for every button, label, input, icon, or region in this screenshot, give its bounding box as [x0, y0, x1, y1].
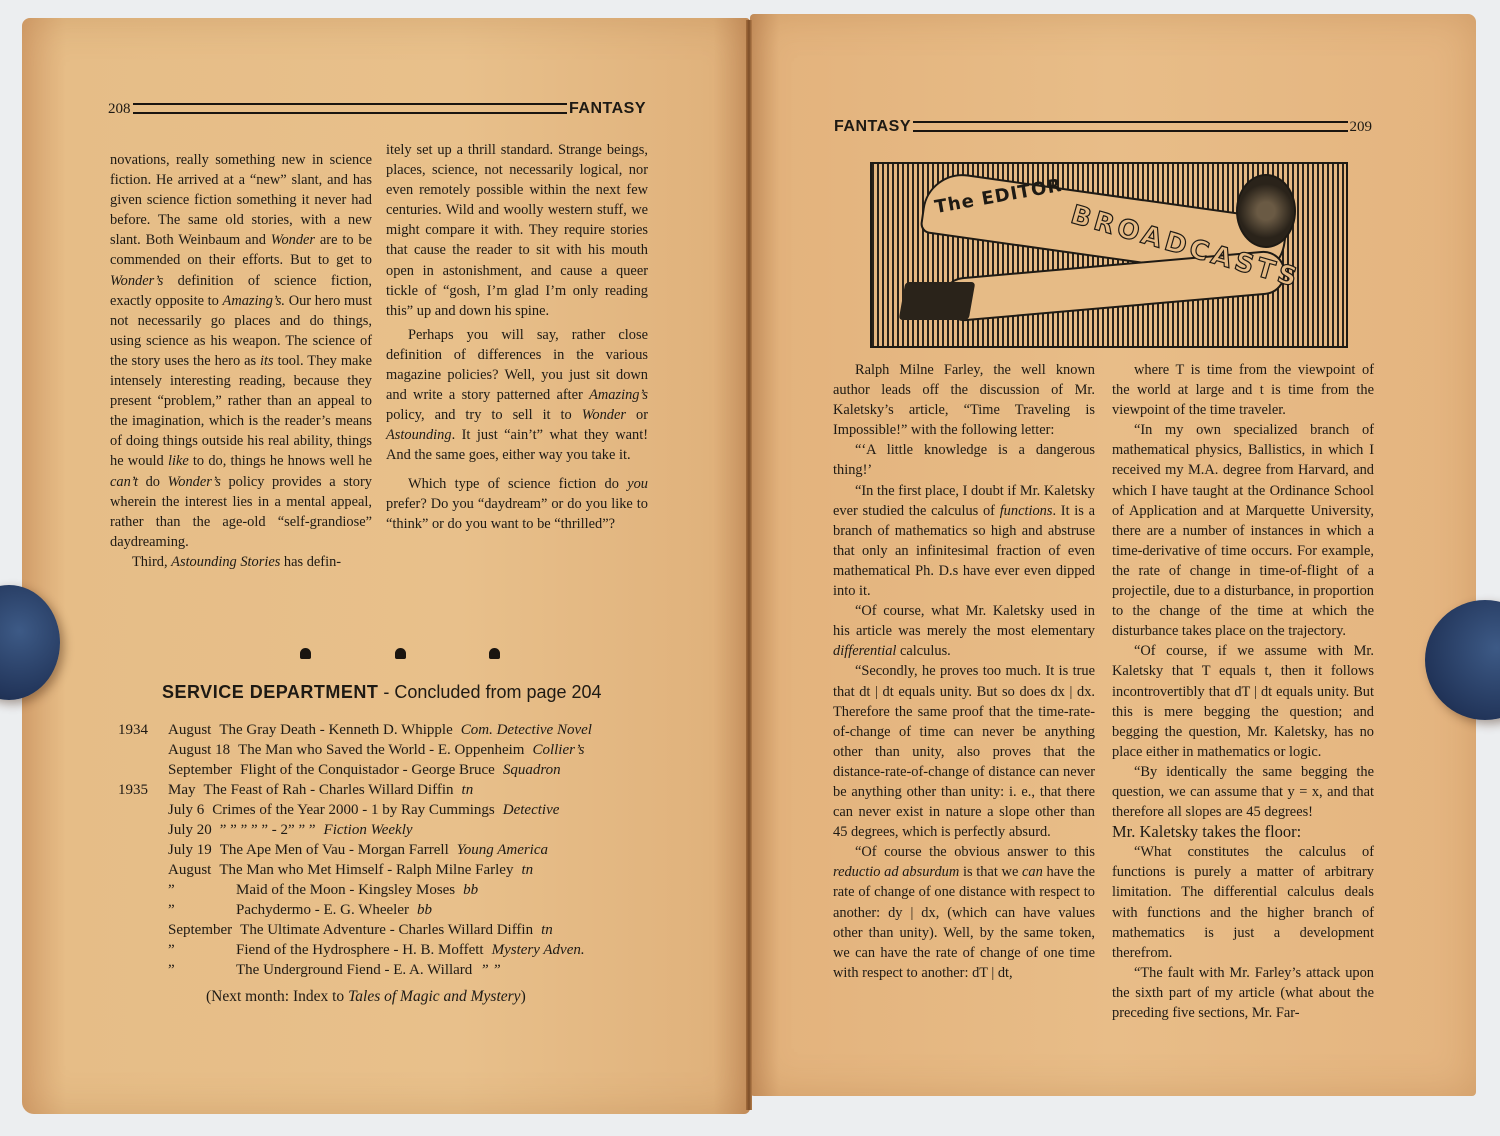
right-running-head: FANTASY 209 [834, 118, 1372, 136]
text: “Of course the obvious answer to this [855, 844, 1095, 860]
paragraph: itely set up a thrill standard. Strange … [386, 140, 648, 321]
paragraph: Third, Astounding Stories has defin- [110, 552, 372, 572]
text: is that we [959, 864, 1022, 880]
entry-year [118, 960, 168, 980]
paragraph: “Of course, what Mr. Kaletsky used in hi… [833, 601, 1095, 661]
entry-magazine: Squadron [503, 760, 561, 780]
reel-icon [1236, 174, 1296, 248]
text: has defin- [280, 554, 341, 570]
magazine-title: FANTASY [834, 118, 911, 136]
entry-magazine: Mystery Adven. [492, 940, 585, 960]
text: Amazing’s [589, 387, 648, 403]
page-number: 209 [1350, 119, 1373, 136]
entry-year [118, 900, 168, 920]
text: can’t [110, 474, 138, 490]
ornament-icon [489, 648, 500, 659]
paragraph: where T is time from the viewpoint of th… [1112, 360, 1374, 420]
service-entry: August 18The Man who Saved the World - E… [118, 740, 678, 760]
entry-title-author: Maid of the Moon - Kingsley Moses [236, 880, 455, 900]
entry-magazine: Fiction Weekly [324, 820, 413, 840]
entry-title-author: The Feast of Rah - Charles Willard Diffi… [204, 780, 454, 800]
paragraph: “Secondly, he proves too much. It is tru… [833, 661, 1095, 842]
paragraph: “Of course, if we assume with Mr. Kalets… [1112, 641, 1374, 762]
entry-date: ” [168, 880, 228, 900]
entry-year [118, 840, 168, 860]
paragraph: Which type of science fiction do you pre… [386, 474, 648, 534]
left-text-column-1: novations, really something new in scien… [110, 150, 372, 572]
entry-magazine: Young America [457, 840, 548, 860]
entry-magazine: bb [463, 880, 478, 900]
entry-date: July 20 [168, 820, 212, 840]
service-entry: SeptemberThe Ultimate Adventure - Charle… [118, 920, 678, 940]
section-heading: Mr. Kaletsky takes the floor: [1112, 822, 1374, 842]
entry-date: August [168, 860, 211, 880]
entry-magazine: ” ” [480, 960, 500, 980]
paragraph: “What constitutes the calculus of functi… [1112, 842, 1374, 963]
next-month-note: (Next month: Index to Tales of Magic and… [206, 988, 526, 1006]
entry-year [118, 880, 168, 900]
entry-title-author: The Gray Death - Kenneth D. Whipple [219, 720, 452, 740]
ornament-icon [395, 648, 406, 659]
entry-year: 1934 [118, 720, 168, 740]
left-text-column-2: itely set up a thrill standard. Strange … [386, 140, 648, 534]
text: have the rate of change of one distance … [833, 864, 1095, 980]
entry-year [118, 940, 168, 960]
heading-title: SERVICE DEPARTMENT [162, 682, 378, 702]
text: Wonder [271, 232, 315, 248]
entry-title-author: The Underground Fiend - E. A. Willard [236, 960, 472, 980]
entry-title-author: The Ultimate Adventure - Charles Willard… [240, 920, 533, 940]
entry-date: September [168, 920, 232, 940]
entry-title-author: Pachydermo - E. G. Wheeler [236, 900, 409, 920]
text: to do, things he hnows well he [189, 453, 372, 469]
entry-magazine: tn [521, 860, 533, 880]
paragraph: “In my own specialized branch of mathema… [1112, 420, 1374, 641]
entry-title-author: Fiend of the Hydrosphere - H. B. Moffett [236, 940, 484, 960]
text: Wonder [582, 407, 626, 423]
entry-magazine: Detective [503, 800, 560, 820]
entry-title-author: The Man who Met Himself - Ralph Milne Fa… [219, 860, 513, 880]
text: or [626, 407, 648, 423]
entry-year: 1935 [118, 780, 168, 800]
entry-title-author: The Man who Saved the World - E. Oppenhe… [238, 740, 524, 760]
paragraph: Perhaps you will say, rather close defin… [386, 325, 648, 466]
entry-year [118, 800, 168, 820]
entry-title-author: Crimes of the Year 2000 - 1 by Ray Cummi… [212, 800, 495, 820]
entry-date: July 6 [168, 800, 204, 820]
entry-magazine: bb [417, 900, 432, 920]
editor-broadcasts-illustration: The EDITOR BROADCASTS [870, 162, 1348, 348]
entry-title-author: The Ape Men of Vau - Morgan Farrell [220, 840, 449, 860]
entry-date: August 18 [168, 740, 230, 760]
entry-date: ” [168, 940, 228, 960]
entry-title-author: ” ” ” ” ” - 2” ” ” [220, 820, 316, 840]
text: reductio ad absurdum [833, 864, 959, 880]
entry-magazine: tn [462, 780, 474, 800]
text: can [1022, 864, 1043, 880]
service-entry: July 20” ” ” ” ” - 2” ” ”Fiction Weekly [118, 820, 678, 840]
service-entry: 1935MayThe Feast of Rah - Charles Willar… [118, 780, 678, 800]
entry-year [118, 760, 168, 780]
service-entry: ”Fiend of the Hydrosphere - H. B. Moffet… [118, 940, 678, 960]
text: like [168, 453, 189, 469]
text: you [627, 476, 648, 492]
header-rule [133, 103, 568, 114]
service-entry: AugustThe Man who Met Himself - Ralph Mi… [118, 860, 678, 880]
paragraph: “In the first place, I doubt if Mr. Kale… [833, 481, 1095, 602]
entry-title-author: Flight of the Conquistador - George Bruc… [240, 760, 495, 780]
entry-year [118, 740, 168, 760]
left-running-head: 208 FANTASY [108, 100, 646, 118]
text: differential [833, 643, 896, 659]
entry-magazine: Collier’s [532, 740, 584, 760]
text: calculus. [896, 643, 950, 659]
text: functions [1000, 503, 1053, 519]
paragraph: novations, really something new in scien… [110, 150, 372, 552]
paragraph: “‘A little knowledge is a dangerous thin… [833, 440, 1095, 480]
text: policy, and try to sell it to [386, 407, 582, 423]
text: (Next month: Index to [206, 988, 348, 1005]
entry-year [118, 860, 168, 880]
text: Wonder’s [110, 273, 163, 289]
entry-date: July 19 [168, 840, 212, 860]
service-department-heading: SERVICE DEPARTMENT - Concluded from page… [162, 682, 602, 703]
entry-year [118, 920, 168, 940]
text: tool. They make intensely interesting re… [110, 353, 372, 469]
service-entry: ”Maid of the Moon - Kingsley Mosesbb [118, 880, 678, 900]
entry-magazine: tn [541, 920, 553, 940]
text: Astounding [386, 427, 452, 443]
text: Third, [132, 554, 171, 570]
typewriter-icon [899, 282, 976, 320]
entry-magazine: Com. Detective Novel [461, 720, 592, 740]
text: Which type of science fiction do [408, 476, 627, 492]
entry-date: September [168, 760, 232, 780]
entry-year [118, 820, 168, 840]
paragraph: “By identically the same begging the que… [1112, 762, 1374, 822]
service-entry: 1934AugustThe Gray Death - Kenneth D. Wh… [118, 720, 678, 740]
text: Wonder’s [168, 474, 221, 490]
text: ) [521, 988, 526, 1005]
text: prefer? Do you “daydream” or do you like… [386, 496, 648, 532]
header-rule [913, 121, 1348, 132]
text: Tales of Magic and Mystery [348, 988, 521, 1005]
page-number: 208 [108, 101, 131, 118]
entry-date: ” [168, 900, 228, 920]
service-department-list: 1934AugustThe Gray Death - Kenneth D. Wh… [118, 720, 678, 980]
magazine-title: FANTASY [569, 100, 646, 118]
binding-gutter [746, 20, 752, 1110]
text: do [138, 474, 168, 490]
heading-subtitle: - Concluded from page 204 [383, 682, 601, 702]
entry-date: August [168, 720, 211, 740]
service-entry: July 6Crimes of the Year 2000 - 1 by Ray… [118, 800, 678, 820]
paragraph: “Of course the obvious answer to this re… [833, 842, 1095, 983]
right-text-column-2: where T is time from the viewpoint of th… [1112, 360, 1374, 1023]
text: its [260, 353, 274, 369]
service-entry: SeptemberFlight of the Conquistador - Ge… [118, 760, 678, 780]
right-text-column-1: Ralph Milne Farley, the well known autho… [833, 360, 1095, 983]
section-divider [300, 648, 500, 659]
service-entry: July 19The Ape Men of Vau - Morgan Farre… [118, 840, 678, 860]
paragraph: Ralph Milne Farley, the well known autho… [833, 360, 1095, 440]
paragraph: “The fault with Mr. Farley’s attack upon… [1112, 963, 1374, 1023]
entry-date: ” [168, 960, 228, 980]
ornament-icon [300, 648, 311, 659]
text: Amazing’s. [223, 293, 286, 309]
service-entry: ”The Underground Fiend - E. A. Willard” … [118, 960, 678, 980]
text: “Of course, what Mr. Kaletsky used in hi… [833, 603, 1095, 639]
text: Astounding Stories [171, 554, 280, 570]
entry-date: May [168, 780, 196, 800]
service-entry: ”Pachydermo - E. G. Wheelerbb [118, 900, 678, 920]
